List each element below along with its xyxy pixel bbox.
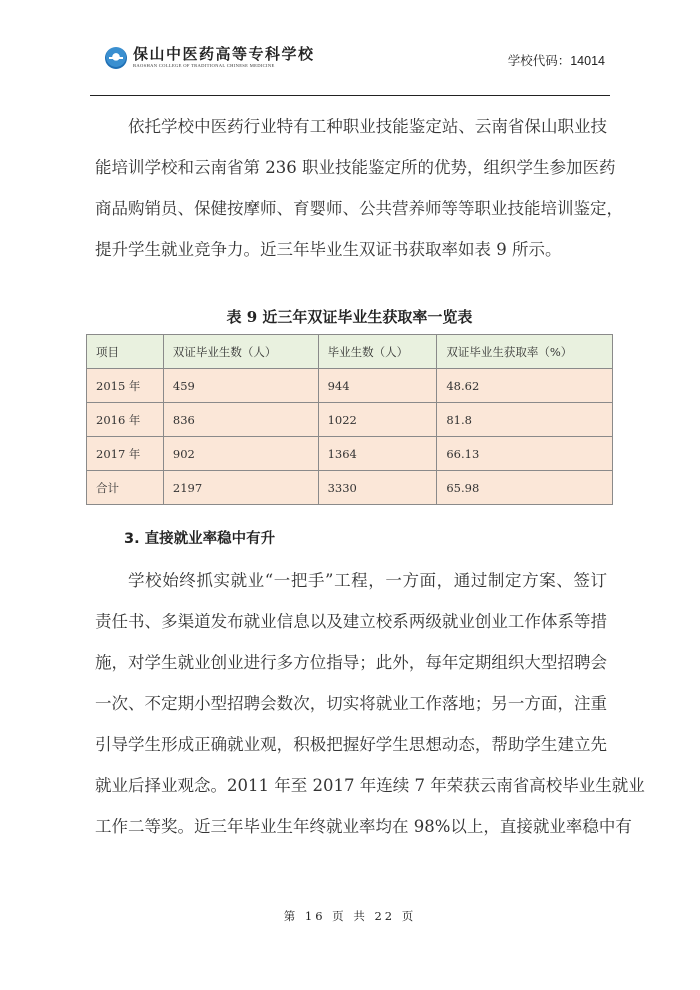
table-row-total: 合计 2197 3330 65.98 [87,471,613,505]
logo-english-name: BAOSHAN COLLEGE OF TRADITIONAL CHINESE M… [133,63,315,69]
table-cell: 902 [163,437,318,471]
paragraph-line: 引导学生形成正确就业观，积极把握好学生思想动态，帮助学生建立先 [95,724,607,765]
table-cell: 459 [163,369,318,403]
paragraph-line: 提升学生就业竞争力。近三年毕业生双证书获取率如表 9 所示。 [95,229,607,270]
table-header-row: 项目 双证毕业生数（人） 毕业生数（人） 双证毕业生获取率（%） [87,335,613,369]
table-cell: 836 [163,403,318,437]
table-row: 2016 年 836 1022 81.8 [87,403,613,437]
table-cell: 48.62 [437,369,613,403]
table-cell: 3330 [318,471,437,505]
paragraph-line: 施，对学生就业创业进行多方位指导；此外，每年定期组织大型招聘会 [95,642,607,683]
school-code: 学校代码：14014 [508,51,605,69]
table-cell: 944 [318,369,437,403]
school-emblem-icon [105,47,127,69]
table-cell: 65.98 [437,471,613,505]
paragraph-line: 工作二等奖。近三年毕业生年终就业率均在 98%以上，直接就业率稳中有 [95,806,607,847]
column-header: 双证毕业生数（人） [163,335,318,369]
table-cell: 2016 年 [87,403,164,437]
table-cell: 2015 年 [87,369,164,403]
paragraph-line: 责任书、多渠道发布就业信息以及建立校系两级就业创业工作体系等措 [95,601,607,642]
paragraph-employment: 学校始终抓实就业“一把手”工程，一方面，通过制定方案、签订 责任书、多渠道发布就… [95,560,607,847]
table-cell: 2017 年 [87,437,164,471]
column-header: 双证毕业生获取率（%） [437,335,613,369]
page-number: 第 16 页 共 22 页 [0,908,700,924]
section-heading: 3. 直接就业率稳中有升 [124,527,275,548]
paragraph-line: 依托学校中医药行业特有工种职业技能鉴定站、云南省保山职业技 [95,106,607,147]
column-header: 项目 [87,335,164,369]
page-header: 保山中医药高等专科学校 BAOSHAN COLLEGE OF TRADITION… [97,44,605,80]
paragraph-line: 商品购销员、保健按摩师、育婴师、公共营养师等等职业技能培训鉴定， [95,188,607,229]
paragraph-line: 一次、不定期小型招聘会数次，切实将就业工作落地；另一方面，注重 [95,683,607,724]
table-row: 2017 年 902 1364 66.13 [87,437,613,471]
dual-certificate-table: 项目 双证毕业生数（人） 毕业生数（人） 双证毕业生获取率（%） 2015 年 … [86,334,613,505]
table-cell: 81.8 [437,403,613,437]
header-divider [90,95,610,96]
table-row: 2015 年 459 944 48.62 [87,369,613,403]
paragraph-line: 就业后择业观念。2011 年至 2017 年连续 7 年荣获云南省高校毕业生就业 [95,765,607,806]
paragraph-line: 学校始终抓实就业“一把手”工程，一方面，通过制定方案、签订 [95,560,607,601]
paragraph-certification: 依托学校中医药行业特有工种职业技能鉴定站、云南省保山职业技 能培训学校和云南省第… [95,106,607,270]
column-header: 毕业生数（人） [318,335,437,369]
table-cell: 合计 [87,471,164,505]
logo-chinese-name: 保山中医药高等专科学校 [133,46,315,63]
paragraph-line: 能培训学校和云南省第 236 职业技能鉴定所的优势，组织学生参加医药 [95,147,607,188]
school-logo: 保山中医药高等专科学校 BAOSHAN COLLEGE OF TRADITION… [105,46,315,69]
table-cell: 1022 [318,403,437,437]
table-cell: 66.13 [437,437,613,471]
table-cell: 2197 [163,471,318,505]
table-cell: 1364 [318,437,437,471]
table-caption: 表 9 近三年双证毕业生获取率一览表 [86,306,613,327]
